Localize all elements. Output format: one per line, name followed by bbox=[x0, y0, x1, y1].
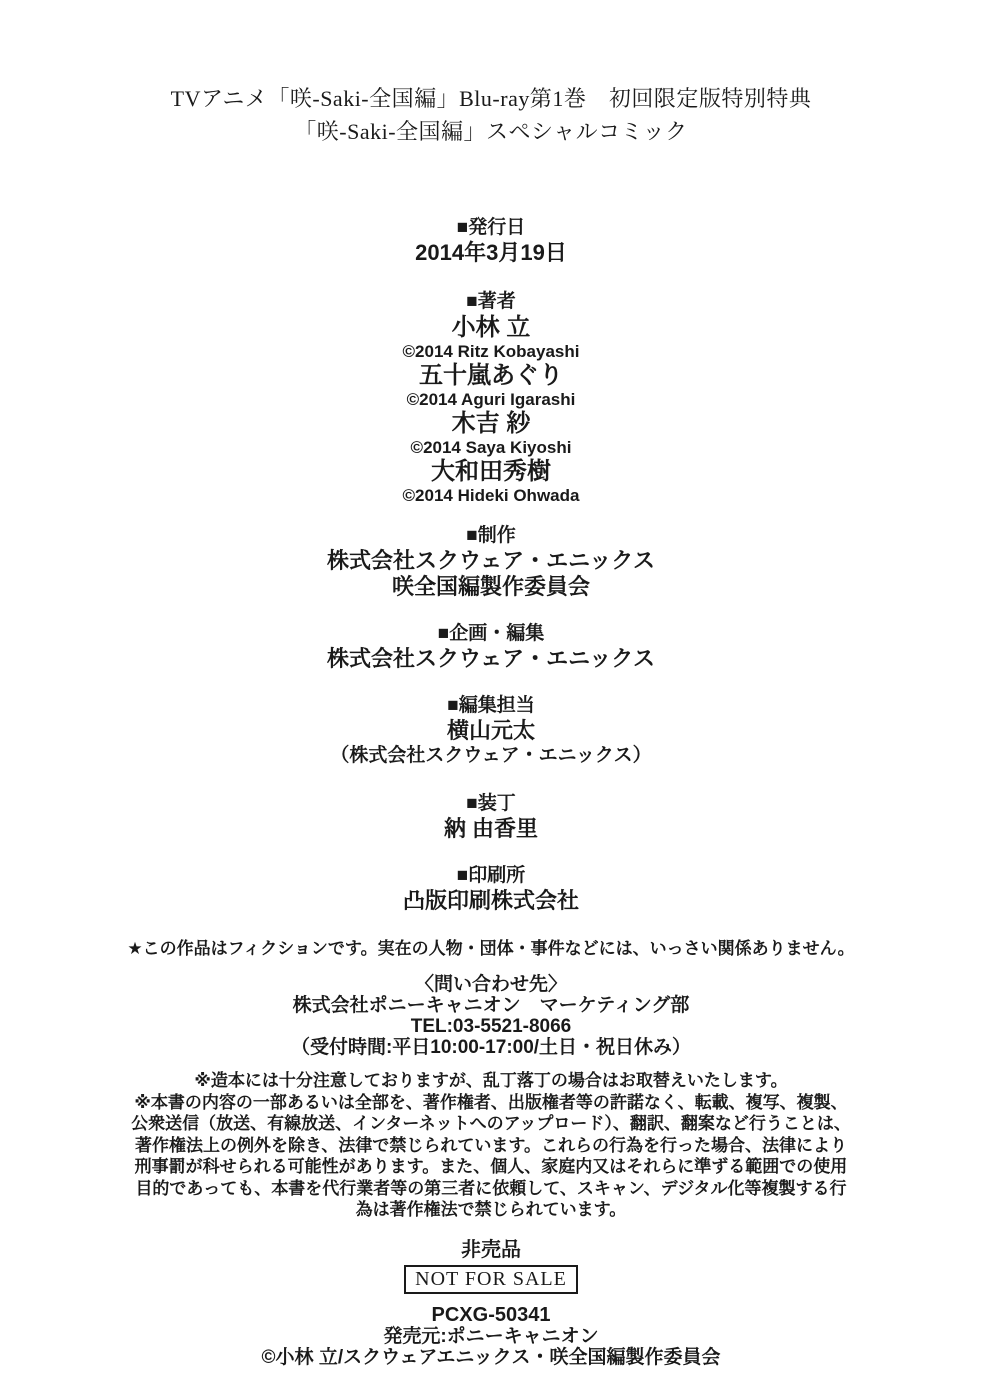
section-editor-in-charge: ■編集担当 横山元太 （株式会社スクウェア・エニックス） bbox=[0, 694, 982, 768]
section-production: ■制作 株式会社スクウェア・エニックス 咲全国編製作委員会 bbox=[0, 524, 982, 600]
legal-notice: ※造本には十分注意しておりますが、乱丁落丁の場合はお取替えいたします。 ※本書の… bbox=[0, 1070, 982, 1221]
legal-line: 公衆送信（放送、有線放送、インターネットへのアップロード）、翻訳、翻案など行うこ… bbox=[0, 1113, 982, 1135]
author-name: 小林 立 bbox=[0, 314, 982, 341]
title-line-1: TVアニメ「咲-Saki-全国編」Blu-ray第1巻 初回限定版特別特典 bbox=[0, 82, 982, 115]
title-line-2: 「咲-Saki-全国編」スペシャルコミック bbox=[0, 115, 982, 148]
author-copyright: ©2014 Aguri Igarashi bbox=[0, 389, 982, 410]
legal-line: ※造本には十分注意しておりますが、乱丁落丁の場合はお取替えいたします。 bbox=[0, 1070, 982, 1092]
planning-heading: ■企画・編集 bbox=[0, 622, 982, 646]
not-for-sale-stamp: NOT FOR SALE bbox=[404, 1265, 578, 1294]
footer-copyright: ©小林 立/スクウェアエニックス・咲全国編製作委員会 bbox=[0, 1347, 982, 1368]
legal-line: 為は著作権法で禁じられています。 bbox=[0, 1199, 982, 1221]
not-for-sale: 非売品 NOT FOR SALE bbox=[0, 1239, 982, 1294]
designer-name: 納 由香里 bbox=[0, 816, 982, 842]
editor-company: （株式会社スクウェア・エニックス） bbox=[0, 744, 982, 768]
section-publication-date: ■発行日 2014年3月19日 bbox=[0, 216, 982, 266]
editor-heading: ■編集担当 bbox=[0, 694, 982, 718]
legal-line: ※本書の内容の一部あるいは全部を、著作権者、出版権者等の許諾なく、転載、複写、複… bbox=[0, 1092, 982, 1114]
authors-heading: ■著者 bbox=[0, 290, 982, 314]
section-book-design: ■装丁 納 由香里 bbox=[0, 792, 982, 842]
author-name: 五十嵐あぐり bbox=[0, 362, 982, 389]
author-entry: 大和田秀樹 ©2014 Hideki Ohwada bbox=[0, 458, 982, 506]
contact-phone: TEL:03-5521-8066 bbox=[0, 1016, 982, 1037]
author-entry: 小林 立 ©2014 Ritz Kobayashi bbox=[0, 314, 982, 362]
author-name: 大和田秀樹 bbox=[0, 458, 982, 485]
footer: PCXG-50341 発売元:ポニーキャニオン ©小林 立/スクウェアエニックス… bbox=[0, 1304, 982, 1368]
fiction-disclaimer: ★この作品はフィクションです。実在の人物・団体・事件などには、いっさい関係ありま… bbox=[0, 938, 982, 960]
contact-heading: 〈問い合わせ先〉 bbox=[0, 974, 982, 995]
author-entry: 五十嵐あぐり ©2014 Aguri Igarashi bbox=[0, 362, 982, 410]
publication-date-value: 2014年3月19日 bbox=[0, 240, 982, 266]
design-heading: ■装丁 bbox=[0, 792, 982, 816]
not-for-sale-japanese: 非売品 bbox=[0, 1239, 982, 1262]
author-copyright: ©2014 Hideki Ohwada bbox=[0, 485, 982, 506]
contact-hours: （受付時間:平日10:00-17:00/土日・祝日休み） bbox=[0, 1037, 982, 1058]
legal-line: 目的であっても、本書を代行業者等の第三者に依頼して、スキャン、デジタル化等複製す… bbox=[0, 1178, 982, 1200]
catalog-number: PCXG-50341 bbox=[0, 1304, 982, 1326]
colophon-page: TVアニメ「咲-Saki-全国編」Blu-ray第1巻 初回限定版特別特典 「咲… bbox=[0, 0, 982, 1400]
author-entry: 木吉 紗 ©2014 Saya Kiyoshi bbox=[0, 410, 982, 458]
legal-line: 刑事罰が科せられる可能性があります。また、個人、家庭内又はそれらに準ずる範囲での… bbox=[0, 1156, 982, 1178]
section-printer: ■印刷所 凸版印刷株式会社 bbox=[0, 864, 982, 914]
printer-name: 凸版印刷株式会社 bbox=[0, 888, 982, 914]
contact-company: 株式会社ポニーキャニオン マーケティング部 bbox=[0, 995, 982, 1016]
distributor: 発売元:ポニーキャニオン bbox=[0, 1326, 982, 1347]
publication-date-heading: ■発行日 bbox=[0, 216, 982, 240]
author-name: 木吉 紗 bbox=[0, 410, 982, 437]
production-committee: 咲全国編製作委員会 bbox=[0, 574, 982, 600]
production-company: 株式会社スクウェア・エニックス bbox=[0, 548, 982, 574]
section-planning-editing: ■企画・編集 株式会社スクウェア・エニックス bbox=[0, 622, 982, 672]
printer-heading: ■印刷所 bbox=[0, 864, 982, 888]
legal-line: 著作権法上の例外を除き、法律で禁じられています。これらの行為を行った場合、法律に… bbox=[0, 1135, 982, 1157]
production-heading: ■制作 bbox=[0, 524, 982, 548]
author-copyright: ©2014 Saya Kiyoshi bbox=[0, 437, 982, 458]
section-authors: ■著者 小林 立 ©2014 Ritz Kobayashi 五十嵐あぐり ©20… bbox=[0, 290, 982, 506]
contact-info: 〈問い合わせ先〉 株式会社ポニーキャニオン マーケティング部 TEL:03-55… bbox=[0, 974, 982, 1058]
editor-name: 横山元太 bbox=[0, 718, 982, 744]
planning-company: 株式会社スクウェア・エニックス bbox=[0, 646, 982, 672]
book-title: TVアニメ「咲-Saki-全国編」Blu-ray第1巻 初回限定版特別特典 「咲… bbox=[0, 0, 982, 148]
author-copyright: ©2014 Ritz Kobayashi bbox=[0, 341, 982, 362]
